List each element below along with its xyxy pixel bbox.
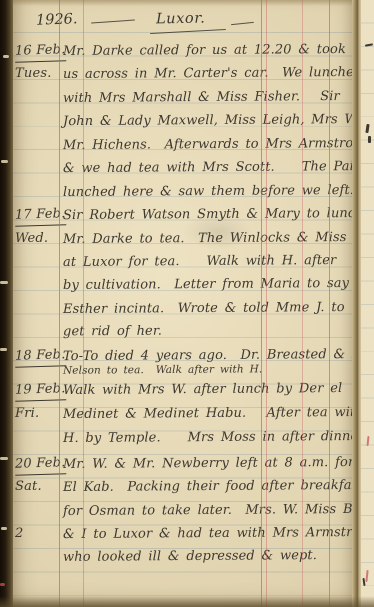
entry-text: El Kab. Packing their food after breakfa… <box>63 476 364 498</box>
entry-text: Mr. Darke called for us at 12.20 & took <box>63 40 346 62</box>
entry-date: Tues. <box>15 64 52 84</box>
entry-text: John & Lady Maxwell, Miss Leigh, Mrs Wre… <box>63 110 374 132</box>
page-title: Luxor. <box>156 11 206 28</box>
entry-text: with Mrs Marshall & Miss Fisher. Sir <box>63 87 340 109</box>
margin-rule-line <box>261 0 262 607</box>
ink-dash <box>91 19 135 23</box>
entry-text: Medinet & Medinet Habu. After tea with <box>63 403 364 425</box>
ink-dash <box>231 22 254 26</box>
entry-text: for Osman to take later. Mrs. W. Miss B <box>63 500 353 522</box>
entry-text: Mr. Darke to tea. The Winlocks & Miss B <box>63 228 363 250</box>
entry-date: Sat. <box>15 477 42 497</box>
diary-year: 1926. <box>36 11 78 28</box>
photo-top-shadow <box>13 0 352 6</box>
entry-date: 2 <box>15 524 23 544</box>
entry-text: Walk with Mrs W. after lunch by Der el <box>63 379 342 401</box>
entry-text: get rid of her. <box>63 322 162 343</box>
entry-text: lunched here & saw them before we left. <box>63 181 354 203</box>
title-underline <box>150 29 226 34</box>
entry-text: us across in Mr. Carter's car. We lunche… <box>63 63 362 85</box>
diary-photo: 1926. Luxor. 16 Feb.Mr. Darke called for… <box>0 0 374 607</box>
next-page-edge <box>361 0 374 607</box>
entry-text: at Luxor for tea. Walk with H. after <box>63 251 336 273</box>
entry-text: who looked ill & depressed & wept. <box>63 547 317 569</box>
entry-text: & we had tea with Mrs Scott. The Paichot… <box>63 157 374 179</box>
margin-rule-line <box>266 0 267 607</box>
margin-rule-line <box>329 0 330 607</box>
entry-text: Mr. W. & Mr. Newberry left at 8 a.m. for <box>63 453 354 475</box>
margin-rule-line <box>83 0 84 607</box>
photo-bottom-shadow <box>0 596 374 607</box>
page-curl-edge <box>352 0 361 607</box>
entry-text: by cultivation. Letter from Maria to say <box>63 274 349 296</box>
book-binding-edge <box>0 0 13 607</box>
entry-text: Mr. Hichens. Afterwards to Mrs Armstrong… <box>63 134 374 156</box>
margin-rule-line <box>59 0 60 607</box>
entry-text: H. by Temple. Mrs Moss in after dinner. <box>63 427 368 449</box>
entry-text: Nelson to tea. Walk after with H. <box>63 362 262 377</box>
entry-text: & I to Luxor & had tea with Mrs Armstron… <box>63 523 374 545</box>
margin-rule-line <box>302 0 303 607</box>
entry-text: Sir Robert Watson Smyth & Mary to lunch. <box>63 204 368 226</box>
entry-date: Wed. <box>15 229 48 249</box>
entry-date: Fri. <box>15 404 39 424</box>
